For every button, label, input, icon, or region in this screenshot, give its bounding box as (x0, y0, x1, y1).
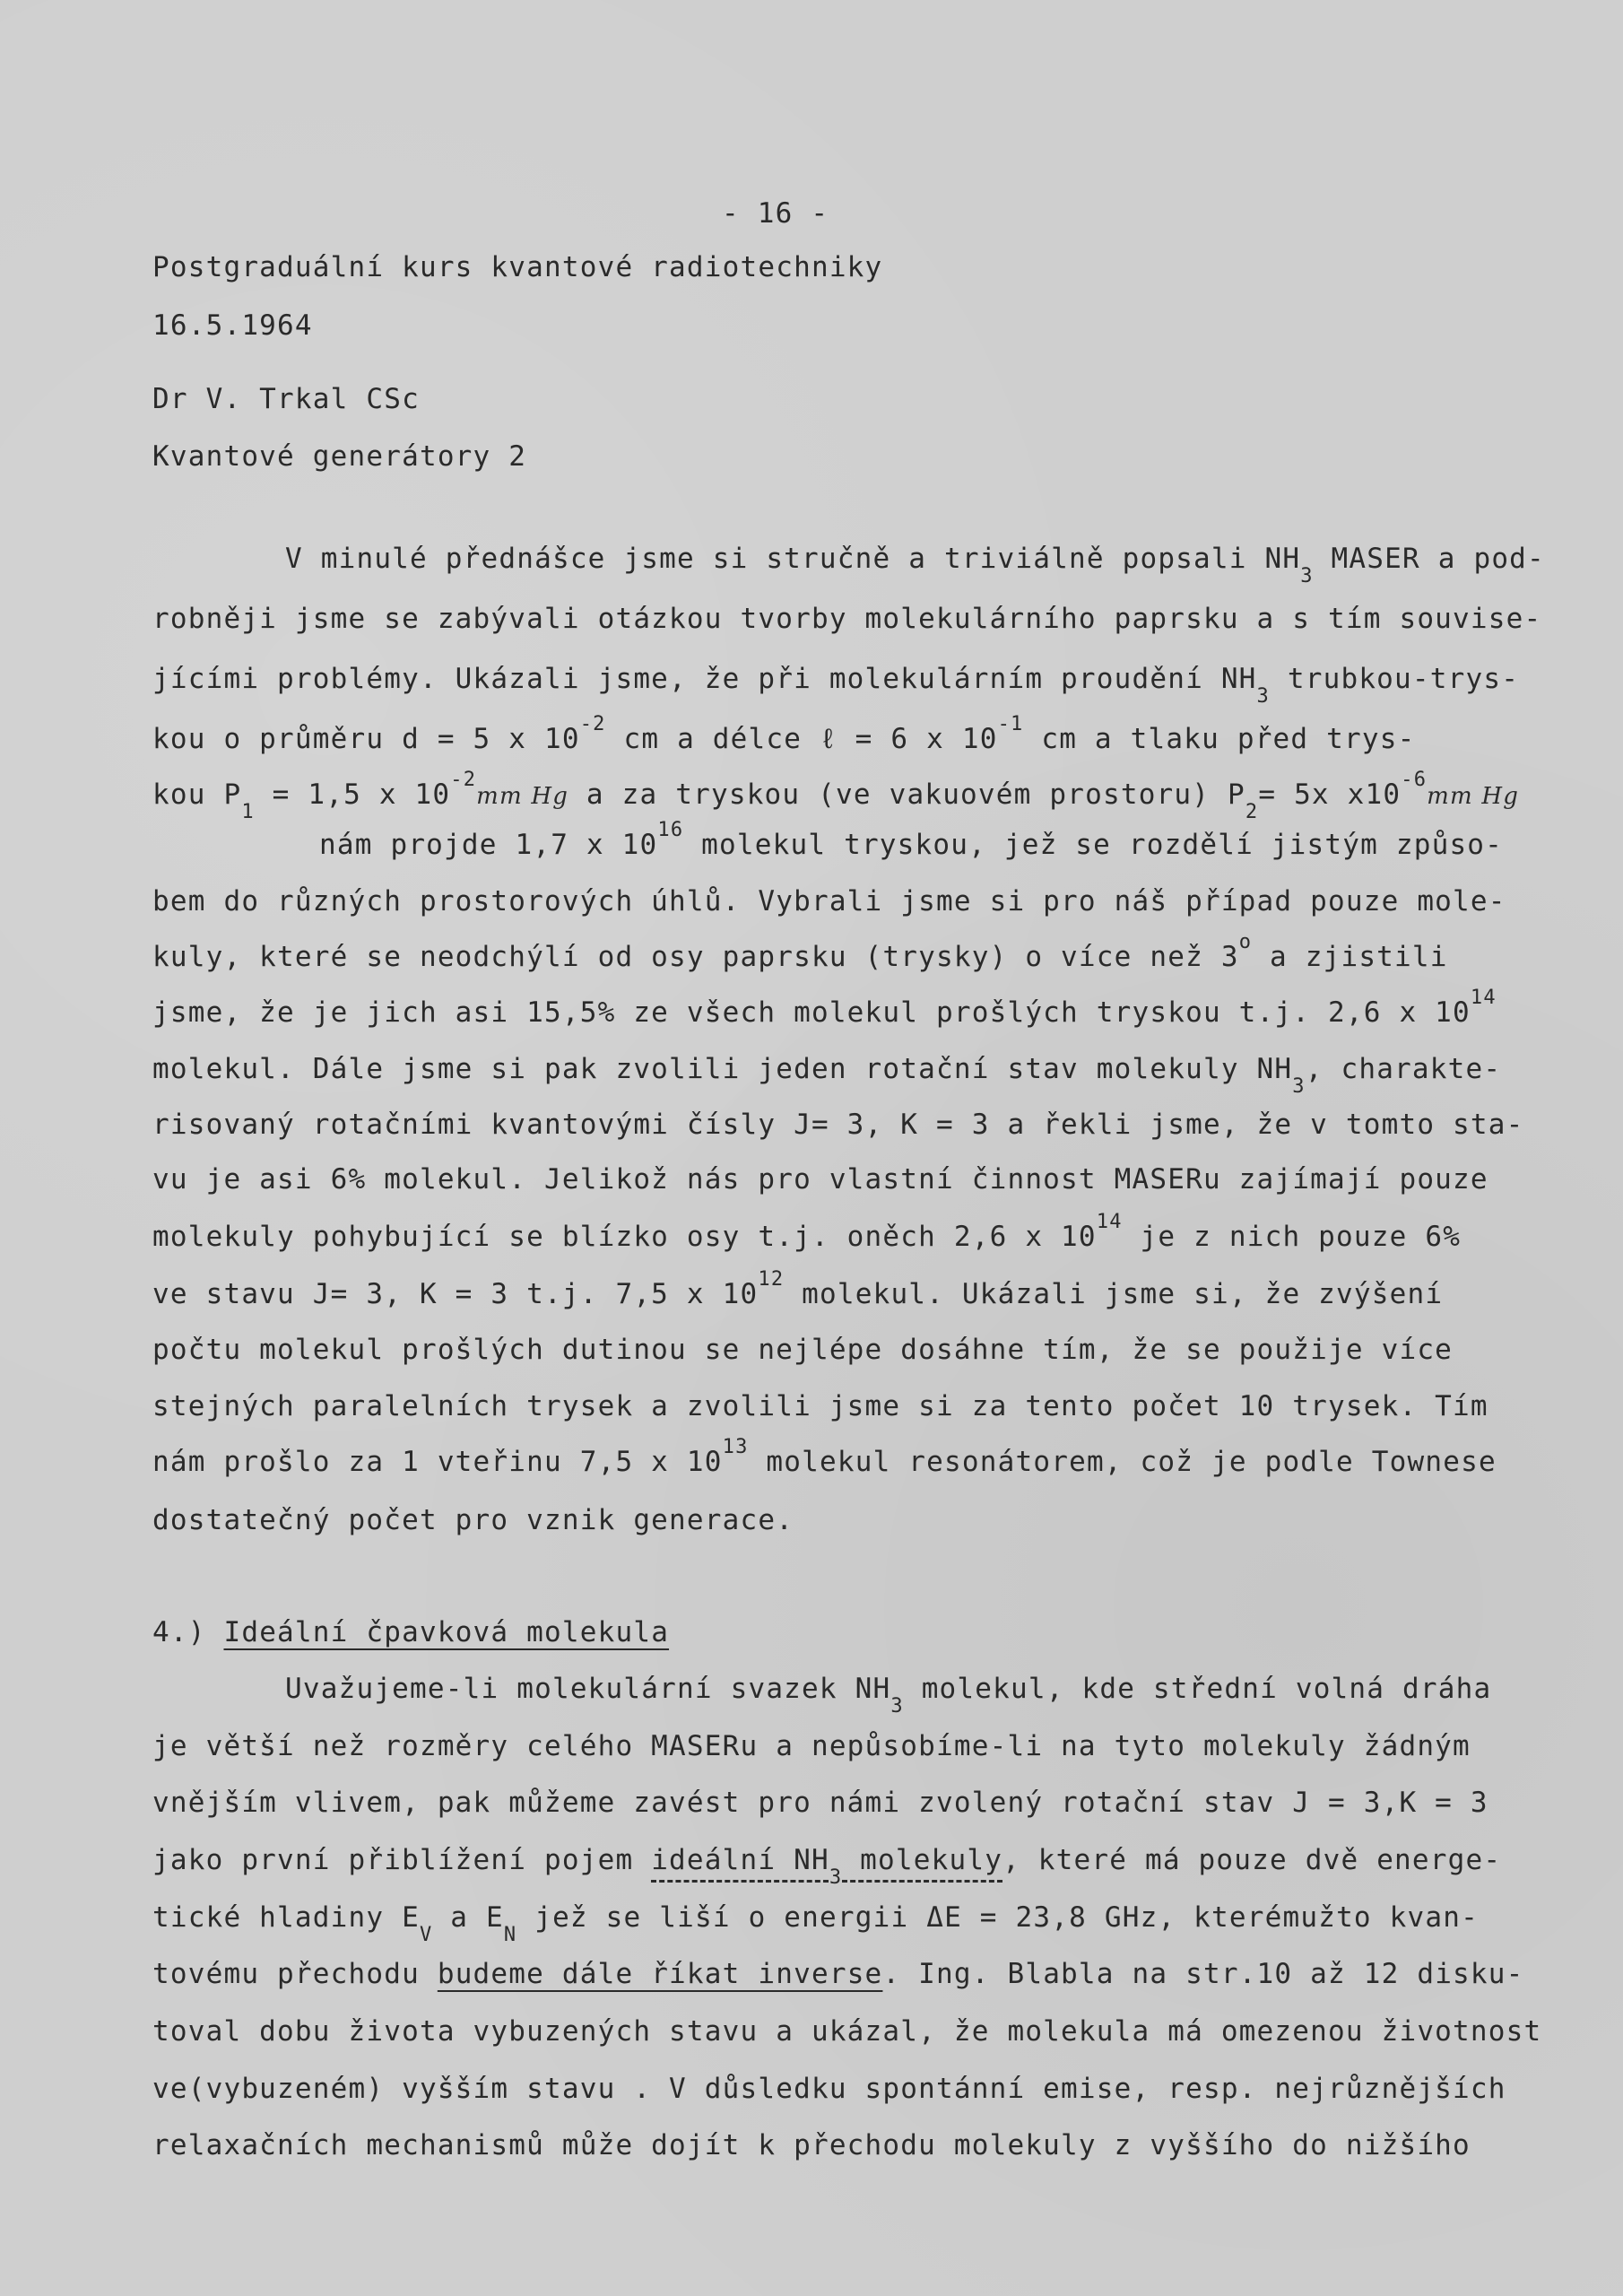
paragraph-1-line-15: počtu molekul prošlých dutinou se nejlép… (152, 1336, 1453, 1364)
paragraph-1-line-7: bem do různých prostorových úhlů. Vybral… (152, 888, 1506, 916)
paragraph-1-line-8: kuly, které se neodchýlí od osy paprsku … (152, 944, 1448, 971)
paragraph-1-line-5: kou P1 = 1,5 x 10-2mm Hg a za tryskou (v… (152, 781, 1519, 809)
paragraph-1-line-12: vu je asi 6% molekul. Jelikož nás pro vl… (152, 1166, 1488, 1194)
typewritten-page: - 16 - Postgraduální kurs kvantové radio… (0, 0, 1623, 2296)
section-4-line-7: toval dobu života vybuzených stavu a uká… (152, 2018, 1541, 2046)
handwritten-unit: mm Hg (476, 783, 568, 810)
lecture-date: 16.5.1964 (152, 312, 313, 340)
section-4-line-6: tovému přechodu budeme dále říkat invers… (152, 1961, 1524, 1988)
paragraph-1-line-6: nám projde 1,7 x 1016 molekul tryskou, j… (319, 831, 1503, 859)
section-4-line-3: vnějším vlivem, pak můžeme zavést pro ná… (152, 1789, 1488, 1817)
handwritten-unit: mm Hg (1427, 783, 1519, 810)
author: Dr V. Trkal CSc (152, 386, 420, 413)
section-heading: 4.) Ideální čpavková molekula (152, 1619, 669, 1647)
paragraph-1-line-1: V minulé přednášce jsme si stručně a tri… (285, 545, 1545, 573)
paragraph-1-line-13: molekuly pohybující se blízko osy t.j. o… (152, 1223, 1461, 1251)
paragraph-1-line-17: nám prošlo za 1 vteřinu 7,5 x 1013 molek… (152, 1448, 1497, 1476)
section-number: 4.) (152, 1616, 206, 1648)
lecture-title: Kvantové generátory 2 (152, 443, 526, 471)
section-4-line-5: tické hladiny EV a EN jež se liší o ener… (152, 1904, 1479, 1932)
section-4-line-4: jako první přiblížení pojem ideální NH3 … (152, 1847, 1501, 1874)
section-4-line-9: relaxačních mechanismů může dojít k přec… (152, 2132, 1471, 2160)
paragraph-1-line-18: dostatečný počet pro vznik generace. (152, 1507, 794, 1535)
page-number: - 16 - (722, 200, 829, 228)
paragraph-1-line-11: risovaný rotačními kvantovými čísly J= 3… (152, 1111, 1524, 1139)
section-4-line-8: ve(vybuzeném) vyšším stavu . V důsledku … (152, 2075, 1506, 2103)
section-4-line-1: Uvažujeme-li molekulární svazek NH3 mole… (285, 1675, 1491, 1703)
paragraph-1-line-10: molekul. Dále jsme si pak zvolili jeden … (152, 1056, 1501, 1083)
paragraph-1-line-14: ve stavu J= 3, K = 3 t.j. 7,5 x 1012 mol… (152, 1281, 1443, 1309)
paragraph-1-line-2: robněji jsme se zabývali otázkou tvorby … (152, 605, 1541, 633)
course-title: Postgraduální kurs kvantové radiotechnik… (152, 254, 882, 282)
paragraph-1-line-4: kou o průměru d = 5 x 10-2 cm a délce ℓ … (152, 726, 1415, 753)
section-title: Ideální čpavková molekula (223, 1616, 669, 1648)
paragraph-1-line-9: jsme, že je jich asi 15,5% ze všech mole… (152, 999, 1497, 1027)
section-4-line-2: je větší než rozměry celého MASERu a nep… (152, 1733, 1471, 1761)
paragraph-1-line-3: jícími problémy. Ukázali jsme, že při mo… (152, 665, 1519, 693)
paragraph-1-line-16: stejných paralelních trysek a zvolili js… (152, 1393, 1488, 1421)
